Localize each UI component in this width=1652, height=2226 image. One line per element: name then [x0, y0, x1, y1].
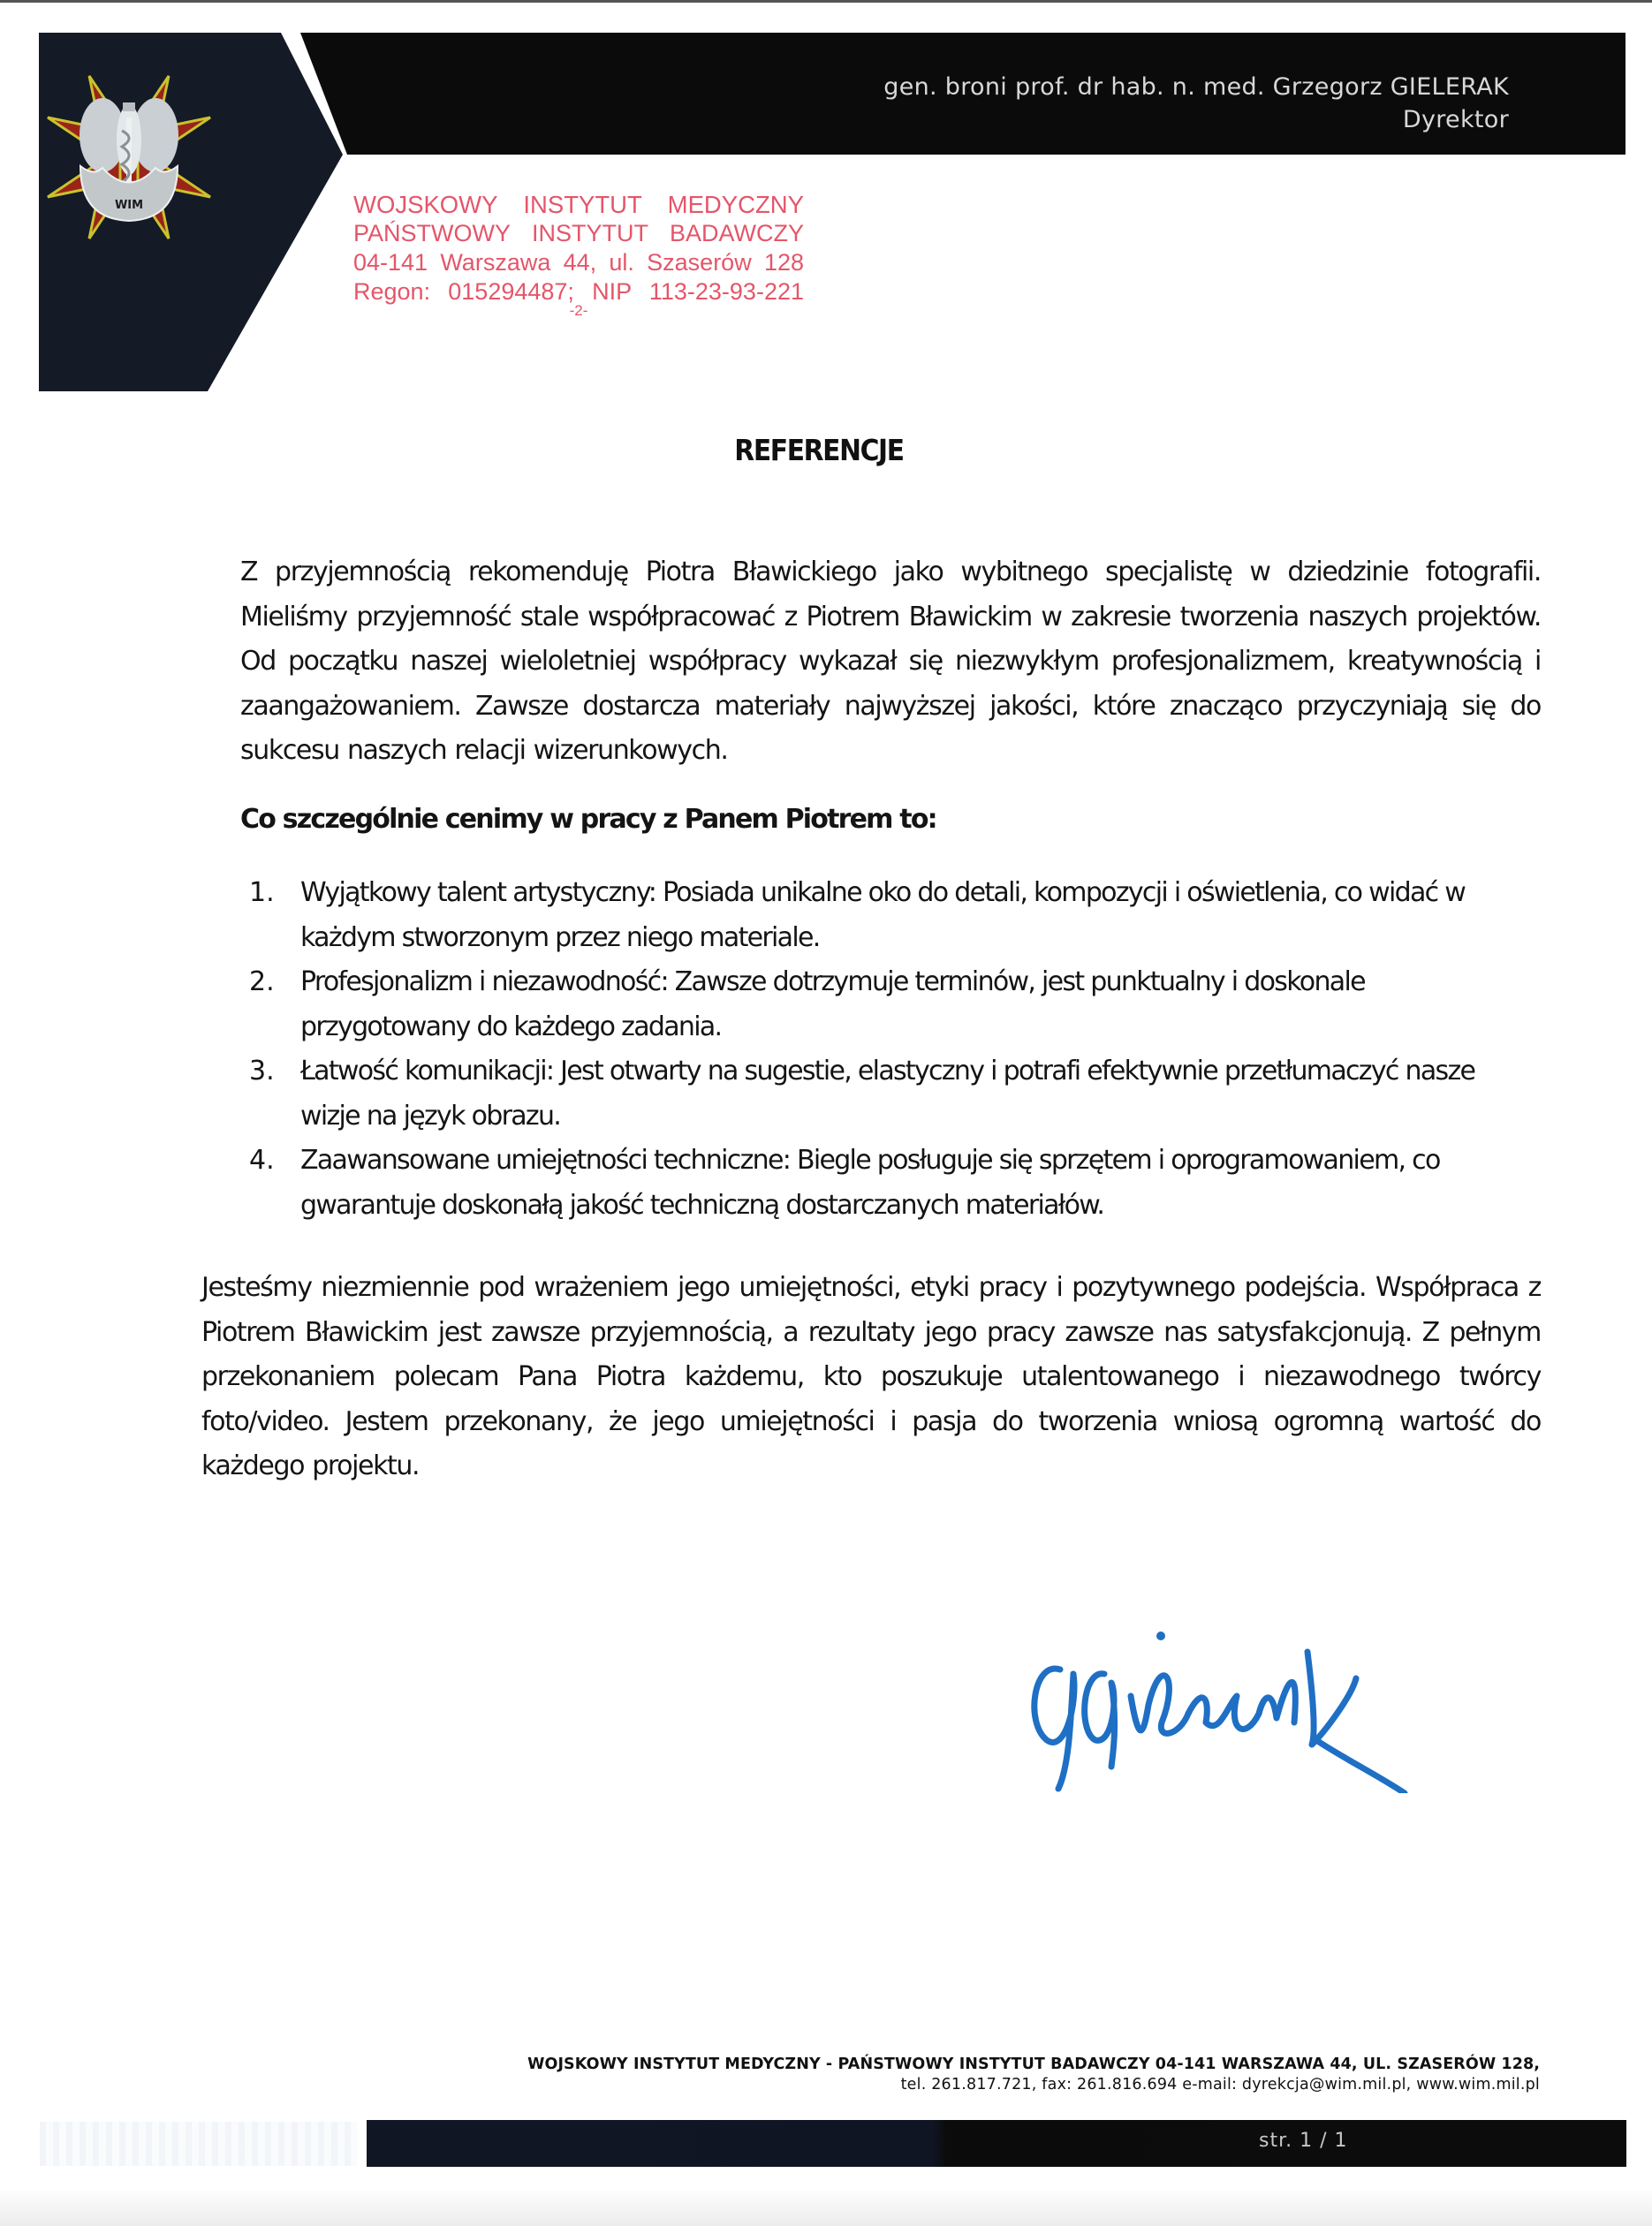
stamp-page-mark: -2-: [353, 305, 804, 317]
director-title: Dyrektor: [883, 103, 1509, 136]
svg-text:WIM: WIM: [115, 199, 143, 212]
footer-contacts: tel. 261.817.721, fax: 261.816.694 e-mai…: [527, 2075, 1540, 2094]
page-number: str. 1 / 1: [1259, 2130, 1348, 2152]
scan-edge: [0, 2191, 1652, 2226]
letterhead-graphic: WIM: [0, 0, 1652, 406]
list-lead: Co szczególnie cenimy w pracy z Panem Pi…: [240, 802, 936, 837]
document-title: REFERENCJE: [0, 433, 1638, 467]
list-item: 4.Zaawansowane umiejętności techniczne: …: [240, 1139, 1541, 1228]
list-item: 2.Profesjonalizm i niezawodność: Zawsze …: [240, 960, 1541, 1049]
footer-contact: WOJSKOWY INSTYTUT MEDYCZNY - PAŃSTWOWY I…: [527, 2054, 1540, 2094]
footer-address: WOJSKOWY INSTYTUT MEDYCZNY - PAŃSTWOWY I…: [527, 2054, 1540, 2075]
director-info: gen. broni prof. dr hab. n. med. Grzegor…: [883, 71, 1509, 136]
institute-name: WOJSKOWY INSTYTUT MEDYCZNY: [353, 190, 804, 219]
letterhead-panel: [39, 33, 343, 391]
signature-icon: [1007, 1599, 1413, 1793]
institute-stamp: WOJSKOWY INSTYTUT MEDYCZNY PAŃSTWOWY INS…: [353, 190, 804, 317]
qualities-list: 1.Wyjątkowy talent artystyczny: Posiada …: [240, 871, 1541, 1228]
intro-paragraph: Z przyjemnością rekomenduję Piotra Bławi…: [240, 550, 1541, 774]
institute-address: 04-141 Warszawa 44, ul. Szaserów 128: [353, 248, 804, 277]
footer-scan-artifact: [40, 2122, 358, 2166]
list-item: 3.Łatwość komunikacji: Jest otwarty na s…: [240, 1049, 1541, 1139]
closing-paragraph: Jesteśmy niezmiennie pod wrażeniem jego …: [201, 1266, 1541, 1489]
institute-subtitle: PAŃSTWOWY INSTYTUT BADAWCZY: [353, 219, 804, 248]
list-item: 1.Wyjątkowy talent artystyczny: Posiada …: [240, 871, 1541, 960]
director-name: gen. broni prof. dr hab. n. med. Grzegor…: [883, 71, 1509, 103]
footer-bar: [367, 2120, 1626, 2167]
